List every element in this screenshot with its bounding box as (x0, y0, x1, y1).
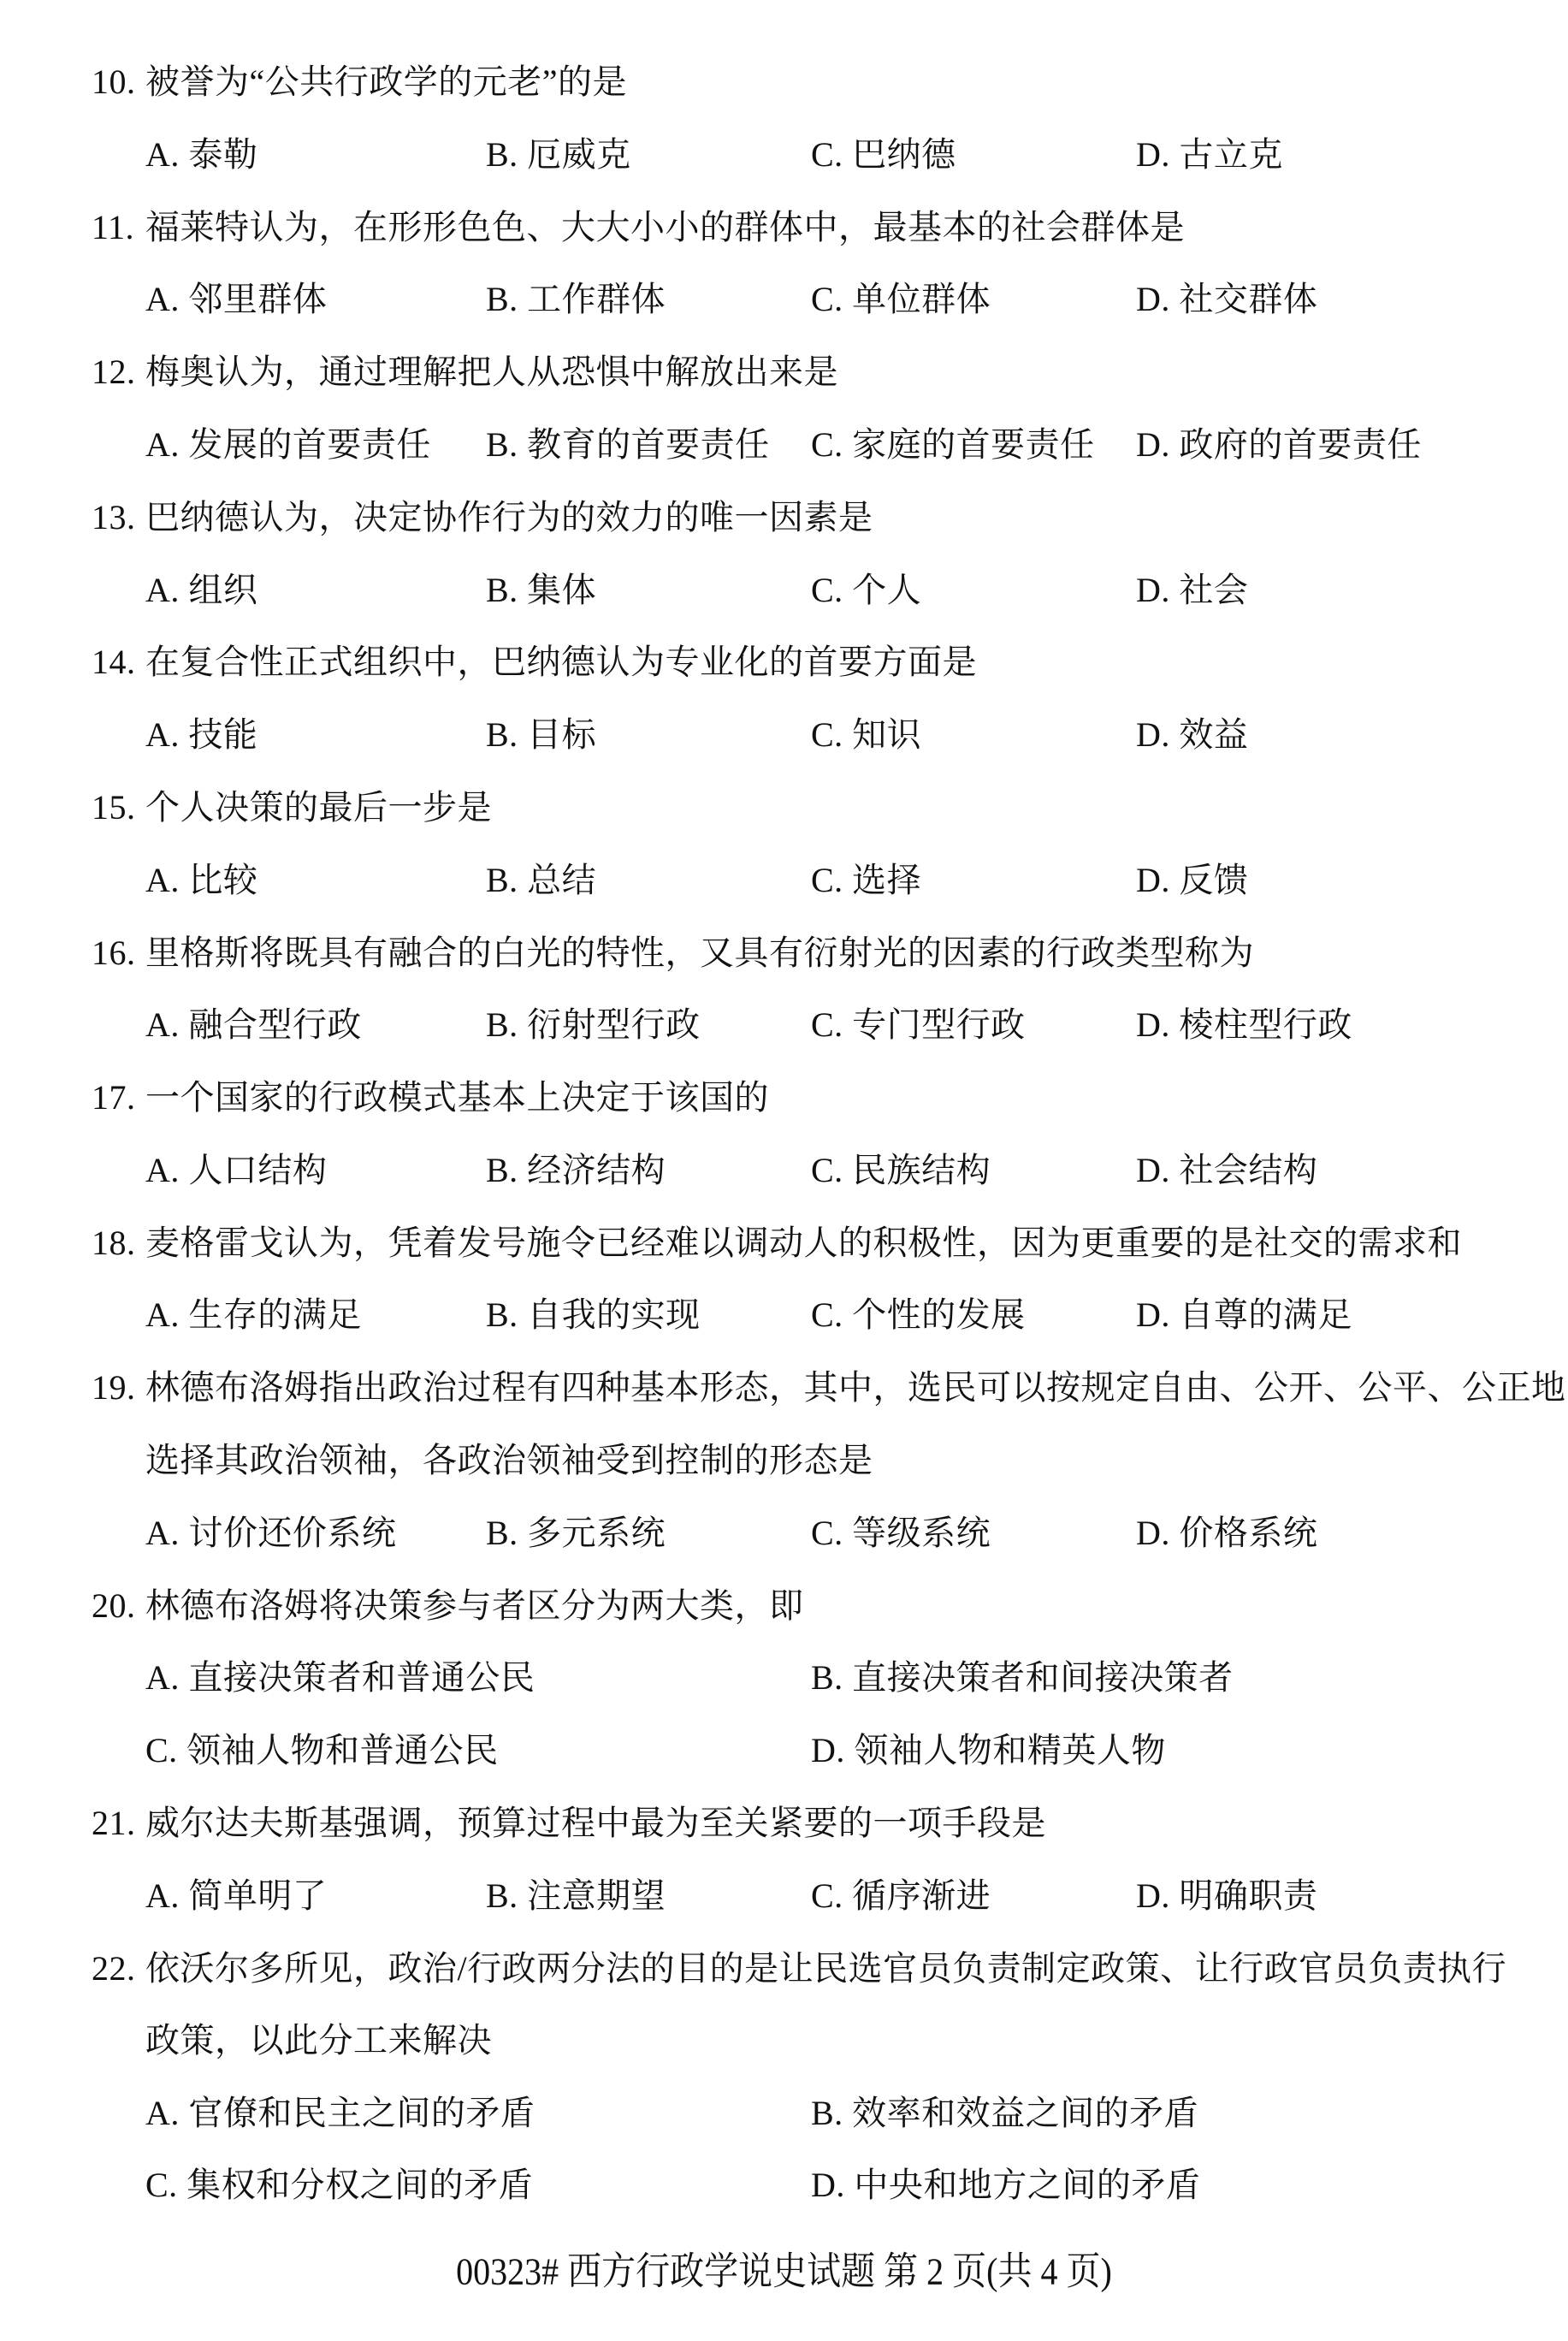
option-a: A. 讨价还价系统 (145, 1514, 396, 1552)
page-footer-text: 00323# 西方行政学说史试题 第 2 页(共 4 页) (456, 2249, 1112, 2295)
option-a: A. 融合型行政 (145, 1006, 362, 1044)
question-text: 麦格雷戈认为，凭着发号施令已经难以调动人的积极性，因为更重要的是社交的需求和 (145, 1224, 1462, 1262)
question-text: 威尔达夫斯基强调，预算过程中最为至关紧要的一项手段是 (145, 1805, 1046, 1842)
question-number: 12. (92, 353, 136, 391)
question-number: 14. (92, 643, 136, 681)
option-c: C. 集权和分权之间的矛盾 (145, 2166, 533, 2204)
option-d: D. 自尊的满足 (1136, 1296, 1352, 1334)
option-a: A. 邻里群体 (145, 281, 327, 318)
question-number: 19. (92, 1369, 136, 1407)
option-d: D. 政府的首要责任 (1136, 426, 1422, 464)
option-d: D. 棱柱型行政 (1136, 1006, 1352, 1044)
option-d: D. 领袖人物和精英人物 (811, 1732, 1166, 1769)
option-c: C. 循序渐进 (811, 1877, 991, 1915)
option-b: B. 注意期望 (486, 1877, 666, 1915)
option-d: D. 中央和地方之间的矛盾 (811, 2166, 1200, 2204)
question-text: 福莱特认为，在形形色色、大大小小的群体中，最基本的社会群体是 (145, 209, 1185, 246)
option-d: D. 古立克 (1136, 136, 1283, 174)
question-number: 10. (92, 63, 136, 101)
option-b: B. 衍射型行政 (486, 1006, 701, 1044)
option-d: D. 价格系统 (1136, 1514, 1317, 1552)
option-c: C. 巴纳德 (811, 136, 956, 174)
option-c: C. 知识 (811, 716, 921, 754)
option-b: B. 总结 (486, 862, 596, 899)
question-number: 21. (92, 1805, 136, 1842)
option-b: B. 自我的实现 (486, 1296, 701, 1334)
option-c: C. 等级系统 (811, 1514, 991, 1552)
option-a: A. 泰勒 (145, 136, 257, 174)
question-number: 22. (92, 1950, 136, 1988)
option-b: B. 厄威克 (486, 136, 631, 174)
question-text: 被誉为“公共行政学的元老”的是 (145, 63, 627, 101)
option-c: C. 个人 (811, 572, 921, 609)
option-c: C. 民族结构 (811, 1152, 991, 1189)
option-b: B. 直接决策者和间接决策者 (811, 1659, 1234, 1697)
question-number: 11. (92, 209, 134, 246)
option-c: C. 个性的发展 (811, 1296, 1026, 1334)
option-d: D. 效益 (1136, 716, 1248, 754)
question-text: 林德布洛姆指出政治过程有四种基本形态，其中，选民可以按规定自由、公开、公平、公正… (145, 1369, 1566, 1407)
page-footer: 00323# 西方行政学说史试题 第 2 页(共 4 页) (0, 2249, 1568, 2295)
option-d: D. 反馈 (1136, 862, 1248, 899)
option-c: C. 选择 (811, 862, 921, 899)
question-number: 15. (92, 789, 136, 827)
question-number: 17. (92, 1079, 136, 1117)
question-text: 在复合性正式组织中，巴纳德认为专业化的首要方面是 (145, 643, 977, 681)
question-text: 梅奥认为，通过理解把人从恐惧中解放出来是 (145, 353, 838, 391)
question-text: 巴纳德认为，决定协作行为的效力的唯一因素是 (145, 499, 873, 536)
question-text: 依沃尔多所见，政治/行政两分法的目的是让民选官员负责制定政策、让行政官员负责执行 (145, 1950, 1506, 1988)
option-d: D. 明确职责 (1136, 1877, 1317, 1915)
option-b: B. 效率和效益之间的矛盾 (811, 2095, 1198, 2132)
option-d: D. 社会结构 (1136, 1152, 1317, 1189)
option-b: B. 工作群体 (486, 281, 666, 318)
option-d: D. 社会 (1136, 572, 1248, 609)
question-text: 里格斯将既具有融合的白光的特性，又具有衍射光的因素的行政类型称为 (145, 934, 1254, 972)
option-a: A. 直接决策者和普通公民 (145, 1659, 535, 1697)
option-a: A. 生存的满足 (145, 1296, 362, 1334)
question-number: 18. (92, 1224, 136, 1262)
option-d: D. 社交群体 (1136, 281, 1317, 318)
question-number: 20. (92, 1587, 136, 1625)
option-b: B. 集体 (486, 572, 596, 609)
question-text: 一个国家的行政模式基本上决定于该国的 (145, 1079, 769, 1117)
option-b: B. 教育的首要责任 (486, 426, 770, 464)
option-a: A. 简单明了 (145, 1877, 327, 1915)
question-text-continued: 选择其政治领袖，各政治领袖受到控制的形态是 (145, 1442, 873, 1479)
option-b: B. 多元系统 (486, 1514, 666, 1552)
question-text: 林德布洛姆将决策参与者区分为两大类，即 (145, 1587, 804, 1625)
option-a: A. 发展的首要责任 (145, 426, 431, 464)
question-text-continued: 政策，以此分工来解决 (145, 2022, 492, 2059)
option-c: C. 专门型行政 (811, 1006, 1026, 1044)
question-text: 个人决策的最后一步是 (145, 789, 492, 827)
option-c: C. 领袖人物和普通公民 (145, 1732, 499, 1769)
option-a: A. 官僚和民主之间的矛盾 (145, 2095, 535, 2132)
option-a: A. 组织 (145, 572, 257, 609)
option-c: C. 家庭的首要责任 (811, 426, 1095, 464)
option-b: B. 目标 (486, 716, 596, 754)
option-a: A. 人口结构 (145, 1152, 327, 1189)
option-a: A. 技能 (145, 716, 257, 754)
exam-page: 10. 被誉为“公共行政学的元老”的是 A. 泰勒 B. 厄威克 C. 巴纳德 … (0, 0, 1568, 2341)
option-a: A. 比较 (145, 862, 257, 899)
question-number: 13. (92, 499, 136, 536)
option-b: B. 经济结构 (486, 1152, 666, 1189)
option-c: C. 单位群体 (811, 281, 991, 318)
question-number: 16. (92, 934, 136, 972)
